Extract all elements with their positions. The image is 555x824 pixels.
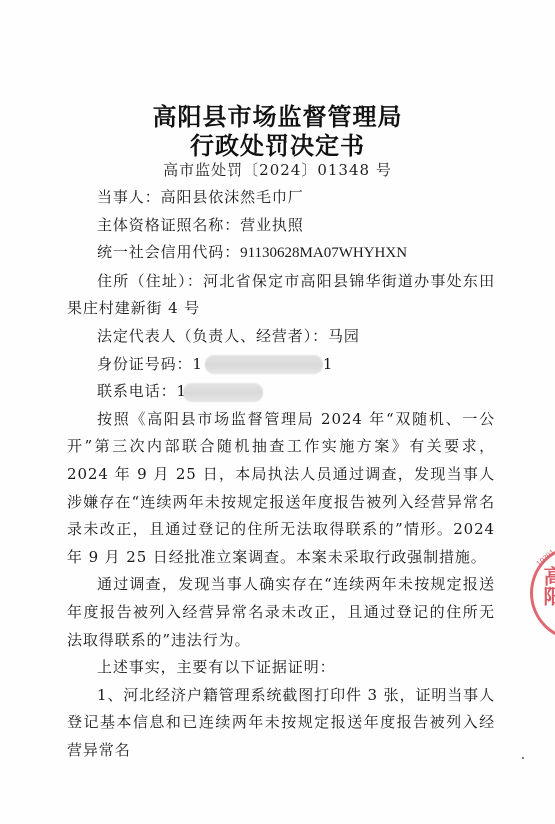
id-number-redaction [205,355,323,374]
id-number-label: 身份证号码： [97,355,192,373]
document-number: 高市监处罚〔2024〕01348 号 [0,159,555,180]
document-page: 高阳县市场监督管理局 行政处罚决定书 高市监处罚〔2024〕01348 号 当事… [0,0,555,824]
credit-code-value: 91130628MA07WHYHXN [240,245,407,261]
id-number-prefix: 1 [192,355,202,373]
official-seal-stamp: 10?01 高阳 [530,545,555,641]
scan-speck [522,757,524,759]
party-label: 当事人： [97,188,161,206]
case-paragraph: 按照《高阳县市场监督管理局 2024 年“双随机、一公开”第三次内部联合随机抽查… [67,406,495,572]
address-label: 住所（住址）： [97,272,203,290]
credit-code-label: 统一社会信用代码： [97,243,240,261]
party-line: 当事人：高阳县依沫然毛巾厂 [67,184,495,212]
evidence-intro: 上述事实，主要有以下证据证明： [67,654,495,682]
license-type-value: 营业执照 [240,216,304,234]
evidence-item-1: 1、河北经济户籍管理系统截图打印件 3 张，证明当事人登记基本信息和已连续两年未… [67,682,495,765]
legal-rep-value: 马园 [328,327,360,345]
id-number-line: 身份证号码：11 [67,351,495,379]
findings-paragraph: 通过调查，发现当事人确实存在“连续两年未按规定报送年度报告被列入经营异常名录未改… [67,571,495,654]
address-line: 住所（住址）：河北省保定市高阳县锦华街道办事处东田果庄村建新街 4 号 [67,268,495,323]
legal-rep-label: 法定代表人（负责人、经营者）： [97,327,328,345]
document-body: 当事人：高阳县依沫然毛巾厂 主体资格证照名称：营业执照 统一社会信用代码：911… [67,184,495,764]
phone-redaction [183,383,263,402]
license-type-label: 主体资格证照名称： [97,216,240,234]
seal-text: 高阳 [541,566,555,606]
document-type-title: 行政处罚决定书 [0,126,555,161]
id-number-suffix: 1 [323,355,333,373]
phone-line: 联系电话：1 [67,378,495,406]
seal-ring-text: 10?01 [535,548,555,568]
party-value: 高阳县依沫然毛巾厂 [161,188,304,206]
legal-rep-line: 法定代表人（负责人、经营者）：马园 [67,323,495,351]
credit-code-line: 统一社会信用代码：91130628MA07WHYHXN [67,239,495,268]
phone-label: 联系电话： [97,382,177,400]
license-type-line: 主体资格证照名称：营业执照 [67,212,495,240]
